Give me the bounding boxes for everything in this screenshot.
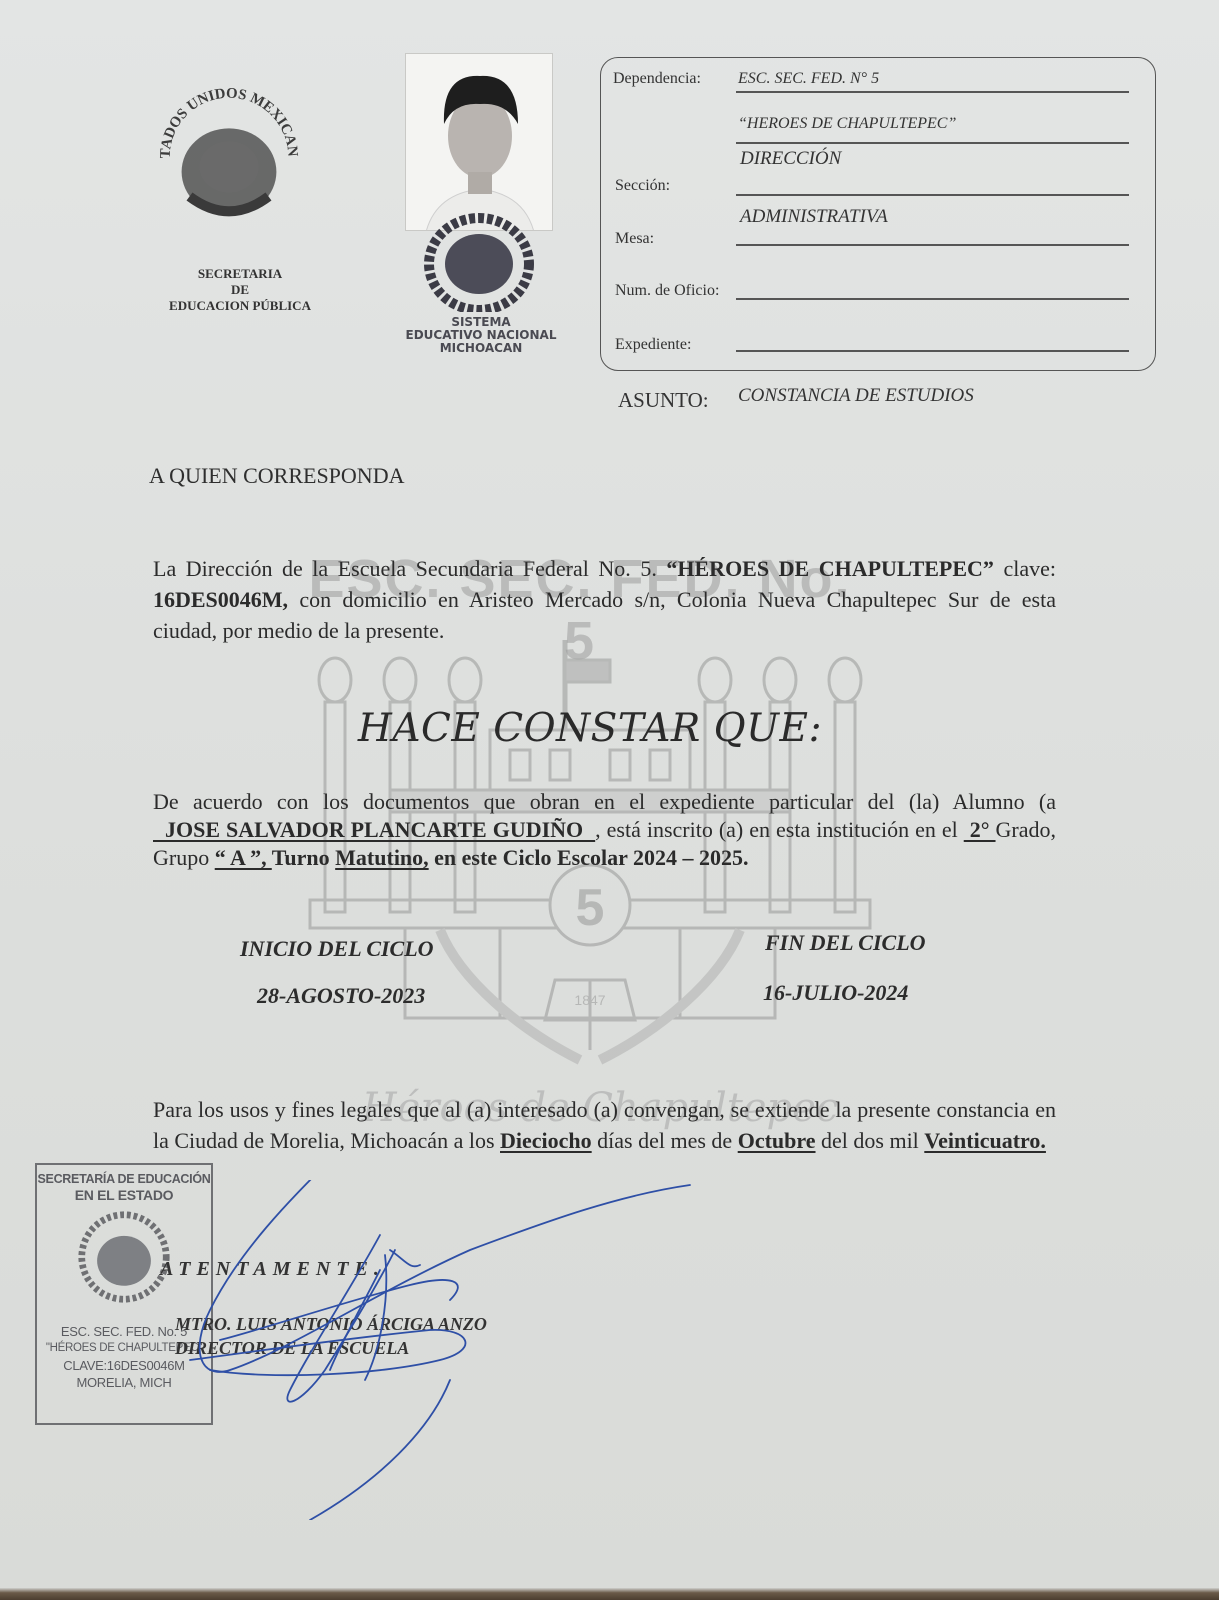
sen-caption: SISTEMA EDUCATIVO NACIONAL MICHOACAN	[395, 316, 567, 355]
shift: Matutino,	[335, 845, 429, 870]
table-surface	[0, 1588, 1219, 1600]
enrollment-paragraph: De acuerdo con los documentos que obran …	[153, 788, 1056, 872]
expediente-line	[736, 350, 1129, 352]
cycle-end-date: 16-JULIO-2024	[763, 980, 908, 1006]
student-photo	[405, 53, 553, 231]
issue-year: Veinticuatro.	[924, 1128, 1046, 1153]
asunto-value: CONSTANCIA DE ESTUDIOS	[738, 385, 974, 407]
mexico-coat-of-arms-seal: ESTADOS UNIDOS MEXICANOS	[150, 78, 308, 236]
sen-seal	[423, 212, 535, 312]
intro-paragraph: La Dirección de la Escuela Secundaria Fe…	[153, 553, 1056, 646]
school-clave: 16DES0046M,	[153, 587, 288, 612]
cycle-start-date: 28-AGOSTO-2023	[257, 983, 425, 1009]
closing-paragraph: Para los usos y fines legales que al (a)…	[153, 1094, 1056, 1156]
school-name: “HÉROES DE CHAPULTEPEC”	[666, 556, 994, 581]
dependencia-label: Dependencia:	[613, 70, 701, 88]
student-name: JOSE SALVADOR PLANCARTE GUDIÑO	[153, 817, 595, 842]
watermark-year: 1847	[574, 992, 605, 1008]
issue-month: Octubre	[738, 1128, 816, 1153]
dependencia-line-2	[736, 142, 1129, 144]
cycle-start-label: INICIO DEL CICLO	[240, 936, 434, 962]
mesa-label: Mesa:	[615, 230, 654, 248]
oficio-line	[736, 298, 1129, 300]
oficio-label: Num. de Oficio:	[615, 282, 719, 300]
dependencia-value-2: “HEROES DE CHAPULTEPEC”	[738, 115, 956, 133]
handwritten-signature	[150, 1180, 710, 1520]
seccion-label: Sección:	[615, 177, 670, 195]
mesa-line	[736, 244, 1129, 246]
sep-caption: SECRETARIA DE EDUCACION PÚBLICA	[140, 266, 340, 314]
cycle-end-label: FIN DEL CICLO	[765, 930, 926, 956]
addressee: A QUIEN CORRESPONDA	[149, 463, 404, 489]
group: “ A ”,	[215, 845, 272, 870]
expediente-label: Expediente:	[615, 336, 691, 354]
seccion-value: DIRECCIÓN	[740, 148, 841, 170]
dependencia-line-1	[736, 91, 1129, 93]
asunto-label: ASUNTO:	[618, 388, 709, 413]
mesa-value: ADMINISTRATIVA	[740, 206, 888, 228]
watermark-number: 5	[576, 879, 605, 937]
hace-constar-heading: HACE CONSTAR QUE:	[330, 706, 850, 751]
issue-day: Dieciocho	[500, 1128, 592, 1153]
school-year: en este Ciclo Escolar 2024 – 2025.	[429, 845, 749, 870]
seccion-line	[736, 194, 1129, 196]
dependencia-value-1: ESC. SEC. FED. N° 5	[738, 70, 879, 88]
grade: 2°	[964, 817, 996, 842]
